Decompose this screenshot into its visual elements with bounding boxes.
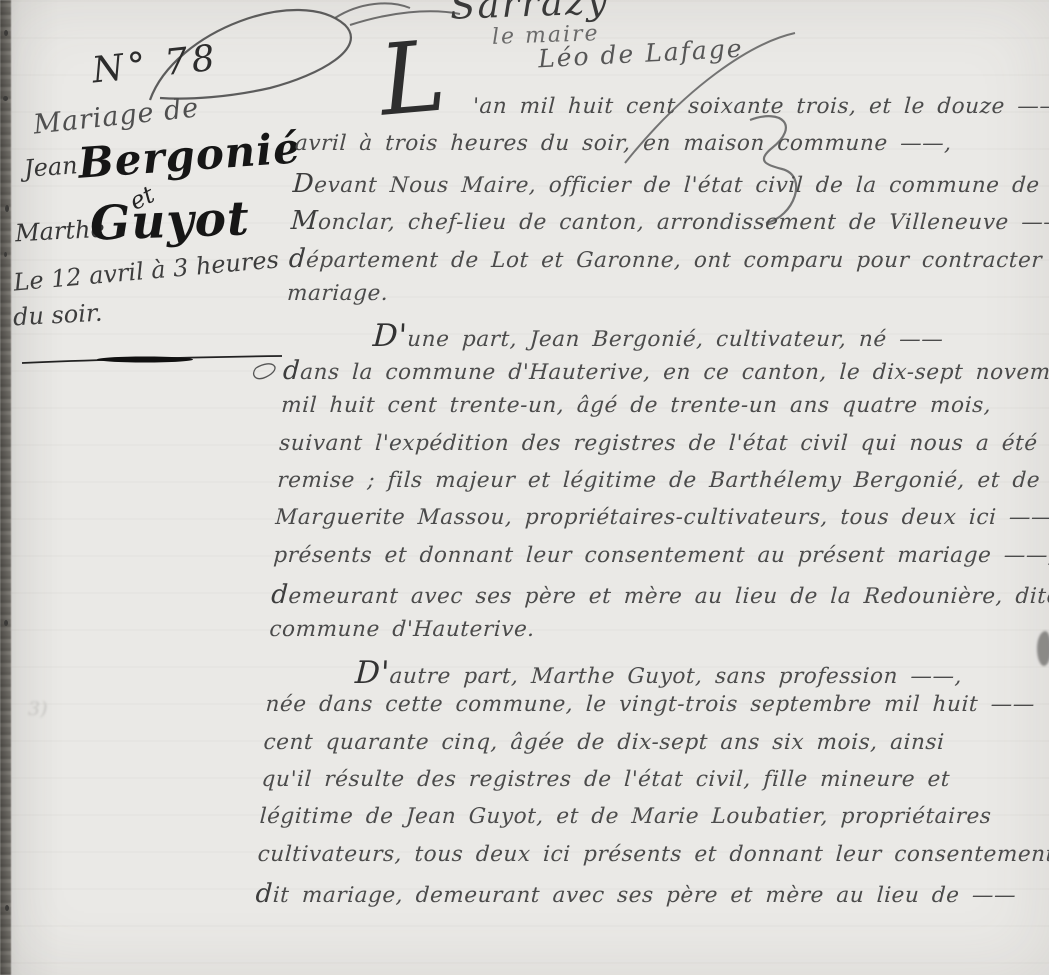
manuscript-line-bride-paragraph: D'autre part, Marthe Guyot, sans profess… <box>266 655 1034 692</box>
binding-speck <box>5 905 9 911</box>
binding-speck <box>4 30 8 36</box>
manuscript-line: remise ; fils majeur et légitime de Bart… <box>276 468 1044 505</box>
registry-scan-page: N° 78 Mariage de Jean Bergonié et Marthe… <box>0 0 1049 975</box>
margin-separator-stroke <box>20 348 292 374</box>
manuscript-line: demeurant avec ses père et mère au lieu … <box>270 580 1038 617</box>
manuscript-line: mil huit cent trente-un, âgé de trente-u… <box>280 393 1048 430</box>
manuscript-line: cultivateurs, tous deux ici présents et … <box>256 842 1024 879</box>
manuscript-line: mariage. <box>286 281 1049 318</box>
manuscript-line: dit mariage, demeurant avec ses père et … <box>254 879 1022 916</box>
manuscript-line: suivant l'expédition des registres de l'… <box>278 431 1046 468</box>
manuscript-line-groom-paragraph: D'une part, Jean Bergonié, cultivateur, … <box>284 318 1049 355</box>
manuscript-line: présents et donnant leur consentement au… <box>272 543 1040 580</box>
margin-date-line-2: du soir. <box>12 299 103 332</box>
binding-speck <box>3 96 8 101</box>
margin-date-line-1: Le 12 avril à 3 heures <box>12 245 280 296</box>
bride-surname: Guyot <box>89 191 251 252</box>
groom-first-name: Jean <box>23 151 78 183</box>
groom-surname: Bergonié <box>77 123 303 187</box>
manuscript-line: qu'il résulte des registres de l'état ci… <box>260 767 1028 804</box>
book-binding-edge <box>0 0 11 975</box>
edge-ink-blot <box>1037 631 1049 666</box>
manuscript-line: commune d'Hauterive. <box>268 617 1036 654</box>
binding-speck <box>4 252 7 257</box>
manuscript-line: Devant Nous Maire, officier de l'état ci… <box>292 169 1049 206</box>
faint-smudge: 3) <box>28 698 72 738</box>
manuscript-line: 'an mil huit cent soixante trois, et le … <box>296 94 1049 131</box>
manuscript-line: cent quarante cinq, âgée de dix-sept ans… <box>262 730 1030 767</box>
binding-speck <box>5 205 9 212</box>
manuscript-body: 'an mil huit cent soixante trois, et le … <box>254 94 1049 917</box>
manuscript-line: née dans cette commune, le vingt-trois s… <box>264 692 1032 729</box>
manuscript-line: département de Lot et Garonne, ont compa… <box>288 244 1049 281</box>
manuscript-line: Marguerite Massou, propriétaires-cultiva… <box>274 505 1042 542</box>
manuscript-line: avril à trois heures du soir, en maison … <box>294 131 1049 168</box>
binding-speck <box>4 620 8 626</box>
manuscript-line: Monclar, chef-lieu de canton, arrondisse… <box>290 206 1049 243</box>
manuscript-line: légitime de Jean Guyot, et de Marie Loub… <box>258 804 1026 841</box>
manuscript-line: dans la commune d'Hauterive, en ce canto… <box>282 356 1049 393</box>
